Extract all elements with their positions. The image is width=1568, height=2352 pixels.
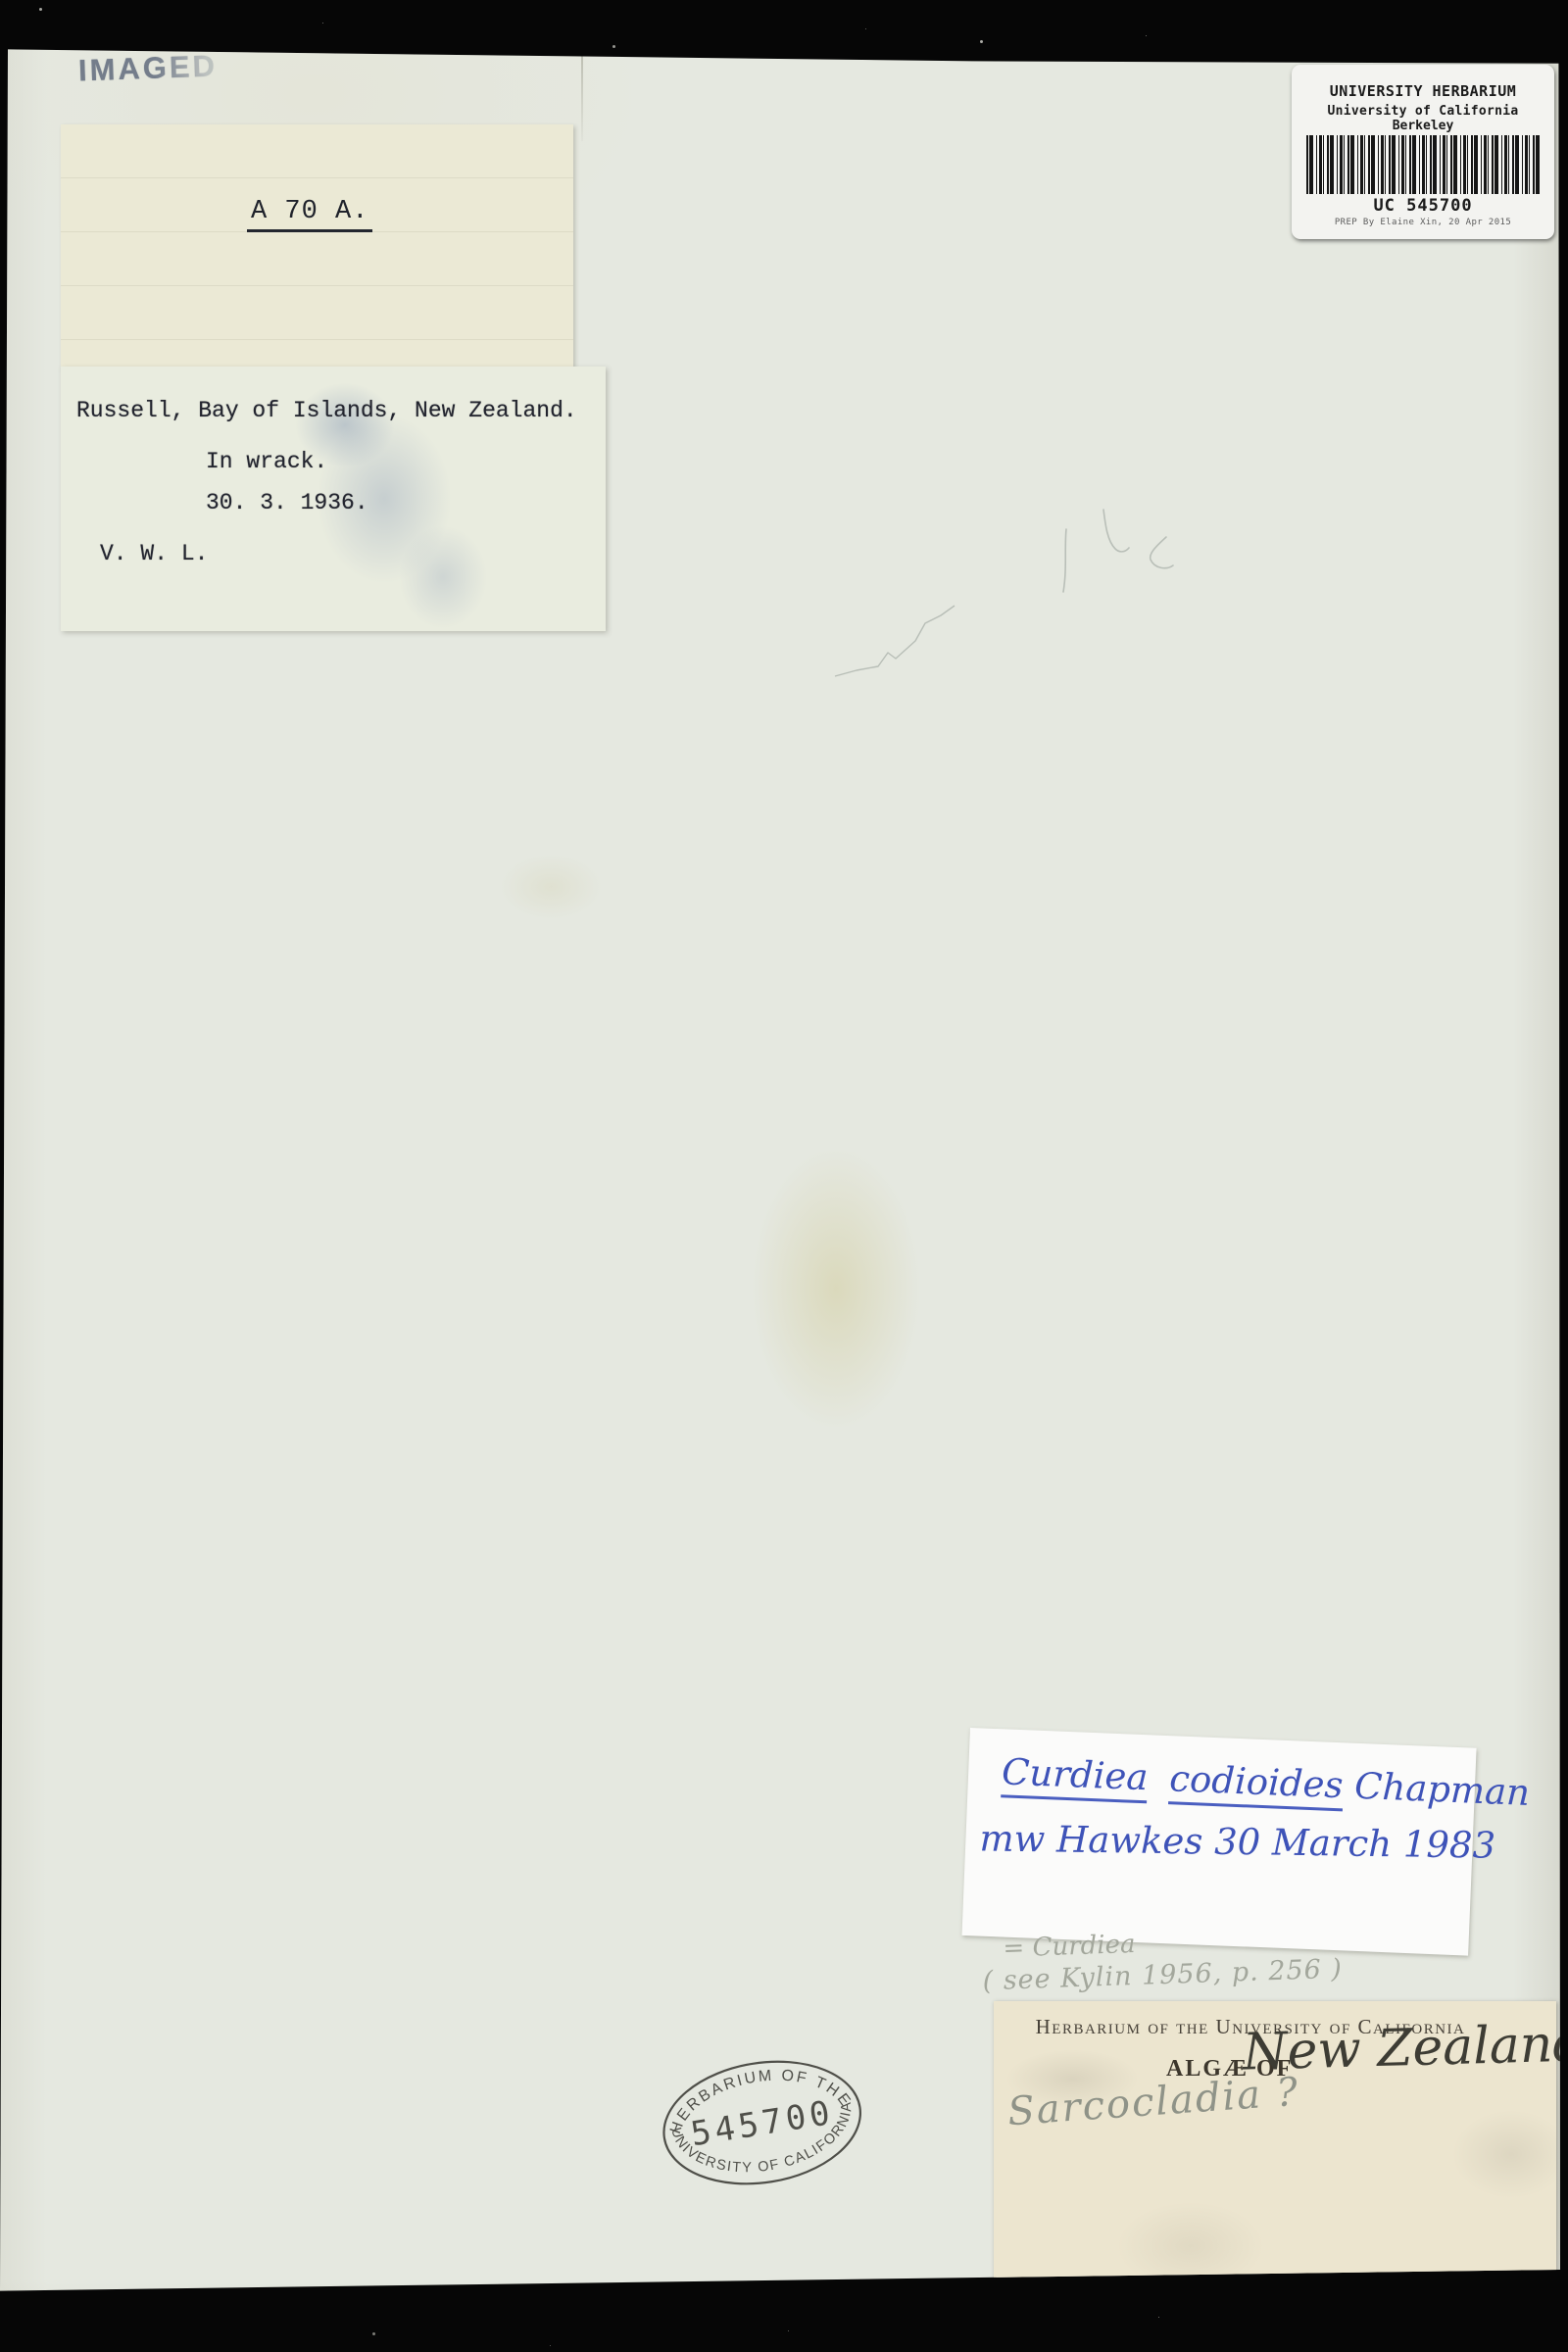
barcode-icon bbox=[1306, 135, 1540, 194]
collection-collector-initials: V. W. L. bbox=[100, 541, 208, 566]
barcode-number: UC 545700 bbox=[1292, 196, 1554, 216]
collection-locality: Russell, Bay of Islands, New Zealand. bbox=[76, 398, 577, 423]
annotation-author: Chapman bbox=[1353, 1765, 1530, 1814]
fiber-scratch bbox=[831, 598, 968, 686]
algae-label: Herbarium of the University of Californi… bbox=[994, 2001, 1556, 2279]
algae-label-pencil-genus: Sarcocladia ? bbox=[1006, 2070, 1301, 2135]
imaged-stamp: IMAGED bbox=[77, 49, 218, 89]
folder-slip: A 70 A. bbox=[61, 124, 573, 368]
dust-specks bbox=[39, 8, 42, 11]
collection-date: 30. 3. 1936. bbox=[206, 490, 368, 515]
annotation-name-line: Curdieacodioides Chapman bbox=[1001, 1750, 1531, 1819]
accession-oval-stamp: HERBARIUM OF THE UNIVERSITY OF CALIFORNI… bbox=[645, 2044, 880, 2211]
pencil-note: = Curdiea ( see Kylin 1956, p. 256 ) bbox=[981, 1923, 1343, 1997]
collection-label: Russell, Bay of Islands, New Zealand. In… bbox=[61, 367, 606, 631]
barcode-city: Berkeley bbox=[1292, 119, 1554, 133]
herbarium-sheet: IMAGED A 70 A. Russell, Bay of Islands, … bbox=[0, 0, 1568, 2352]
barcode-university: University of California bbox=[1292, 104, 1554, 119]
photo-backdrop: IMAGED A 70 A. Russell, Bay of Islands, … bbox=[0, 0, 1568, 2352]
annotation-label: Curdieacodioides Chapman mw Hawkes 30 Ma… bbox=[961, 1728, 1476, 1956]
pencil-marks bbox=[1056, 498, 1194, 606]
sheet-crease bbox=[581, 53, 583, 141]
annotation-determiner: mw Hawkes 30 March 1983 bbox=[979, 1817, 1495, 1866]
barcode-prep-line: PREP By Elaine Xin, 20 Apr 2015 bbox=[1292, 218, 1554, 227]
barcode-institution: UNIVERSITY HERBARIUM bbox=[1292, 82, 1554, 100]
annotation-genus: Curdiea bbox=[1001, 1750, 1149, 1803]
folder-code: A 70 A. bbox=[247, 197, 372, 232]
barcode-label: UNIVERSITY HERBARIUM University of Calif… bbox=[1292, 65, 1554, 239]
annotation-species: codioides bbox=[1168, 1757, 1344, 1811]
collection-habitat: In wrack. bbox=[206, 449, 327, 474]
